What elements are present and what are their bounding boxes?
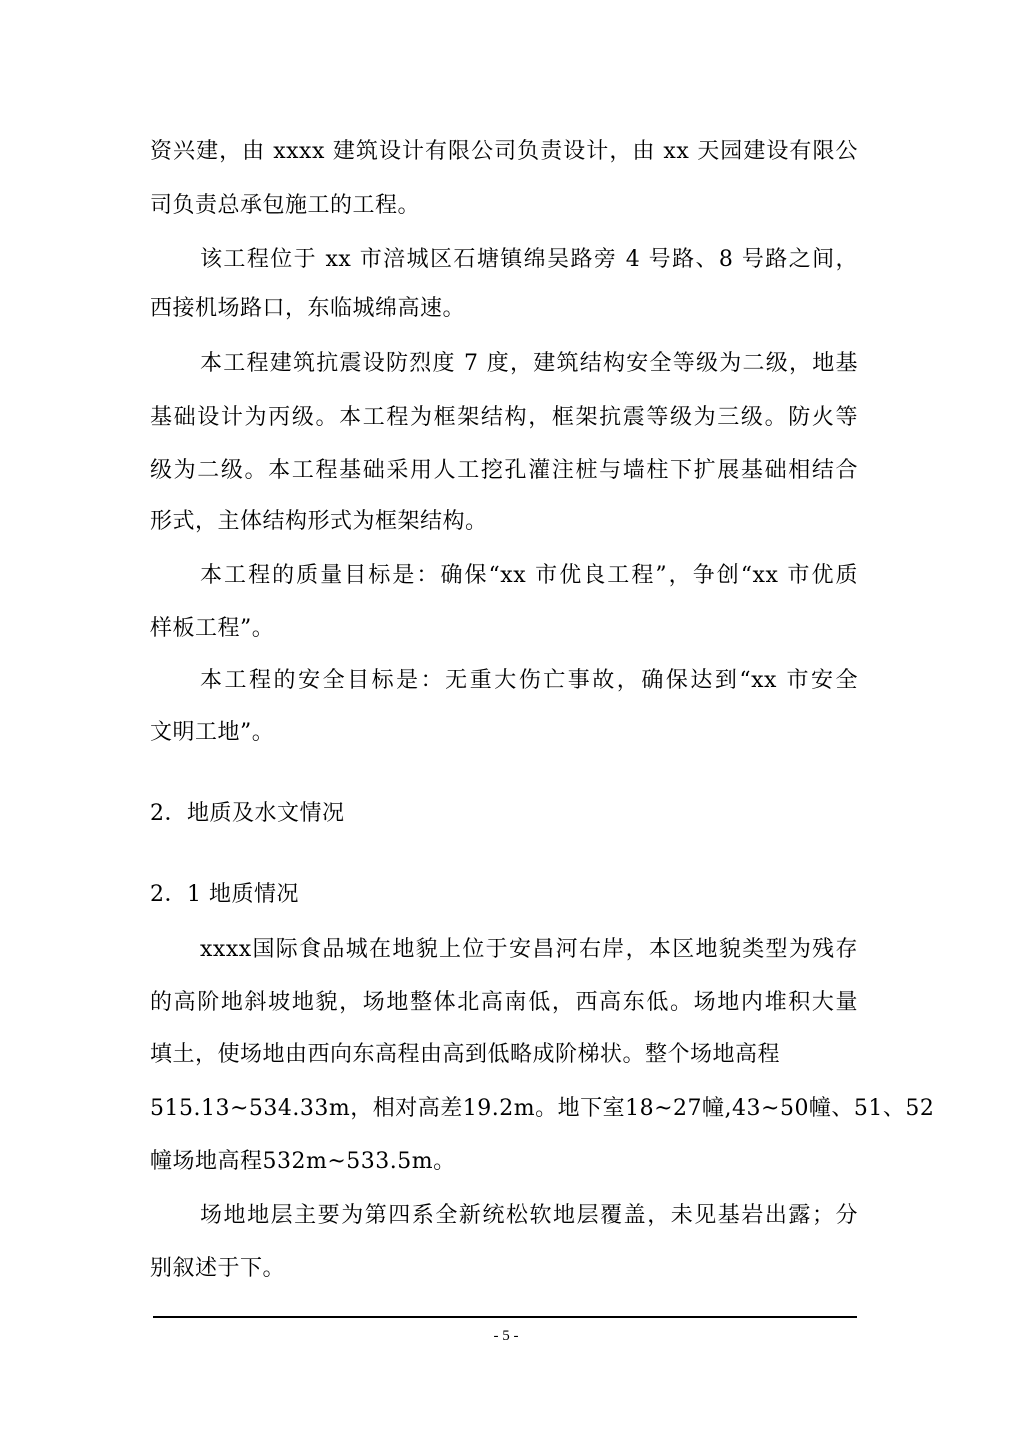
text-line: 本工程的质量目标是：确保“xx 市优良工程”，争创“xx 市优质	[200, 561, 858, 591]
text-line: 2．地质及水文情况	[150, 799, 345, 829]
text-line: 的高阶地斜坡地貌，场地整体北高南低，西高东低。场地内堆积大量	[150, 988, 858, 1018]
text-line: 幢场地高程532m~533.5m。	[150, 1147, 456, 1177]
text-line: 515.13~534.33m，相对高差19.2m。地下室18~27幢,43~50…	[150, 1094, 858, 1124]
text-line: 本工程建筑抗震设防烈度 7 度，建筑结构安全等级为二级，地基	[200, 349, 858, 379]
text-line: 形式，主体结构形式为框架结构。	[150, 507, 488, 537]
text-line: 司负责总承包施工的工程。	[150, 191, 420, 221]
text-line: 2．1 地质情况	[150, 880, 299, 910]
text-line: 别叙述于下。	[150, 1254, 285, 1284]
text-line: 文明工地”。	[150, 718, 274, 748]
text-line: 场地地层主要为第四系全新统松软地层覆盖，未见基岩出露；分	[200, 1201, 858, 1231]
text-line: 基础设计为丙级。本工程为框架结构，框架抗震等级为三级。防火等	[150, 403, 858, 433]
text-line: xxxx国际食品城在地貌上位于安昌河右岸，本区地貌类型为残存	[200, 935, 858, 965]
text-line: 填土，使场地由西向东高程由高到低略成阶梯状。整个场地高程	[150, 1040, 780, 1070]
page-number: - 5 -	[0, 1328, 1012, 1345]
text-line: 本工程的安全目标是：无重大伤亡事故，确保达到“xx 市安全	[200, 666, 858, 696]
footer-rule	[153, 1316, 857, 1318]
text-line: 该工程位于 xx 市涪城区石塘镇绵吴路旁 4 号路、8 号路之间，	[200, 245, 858, 275]
text-line: 资兴建，由 xxxx 建筑设计有限公司负责设计，由 xx 天园建设有限公	[150, 137, 858, 167]
text-line: 西接机场路口，东临城绵高速。	[150, 294, 465, 324]
document-page: 资兴建，由 xxxx 建筑设计有限公司负责设计，由 xx 天园建设有限公司负责总…	[0, 0, 1012, 1431]
text-line: 级为二级。本工程基础采用人工挖孔灌注桩与墙柱下扩展基础相结合	[150, 456, 858, 486]
text-line: 样板工程”。	[150, 614, 274, 644]
